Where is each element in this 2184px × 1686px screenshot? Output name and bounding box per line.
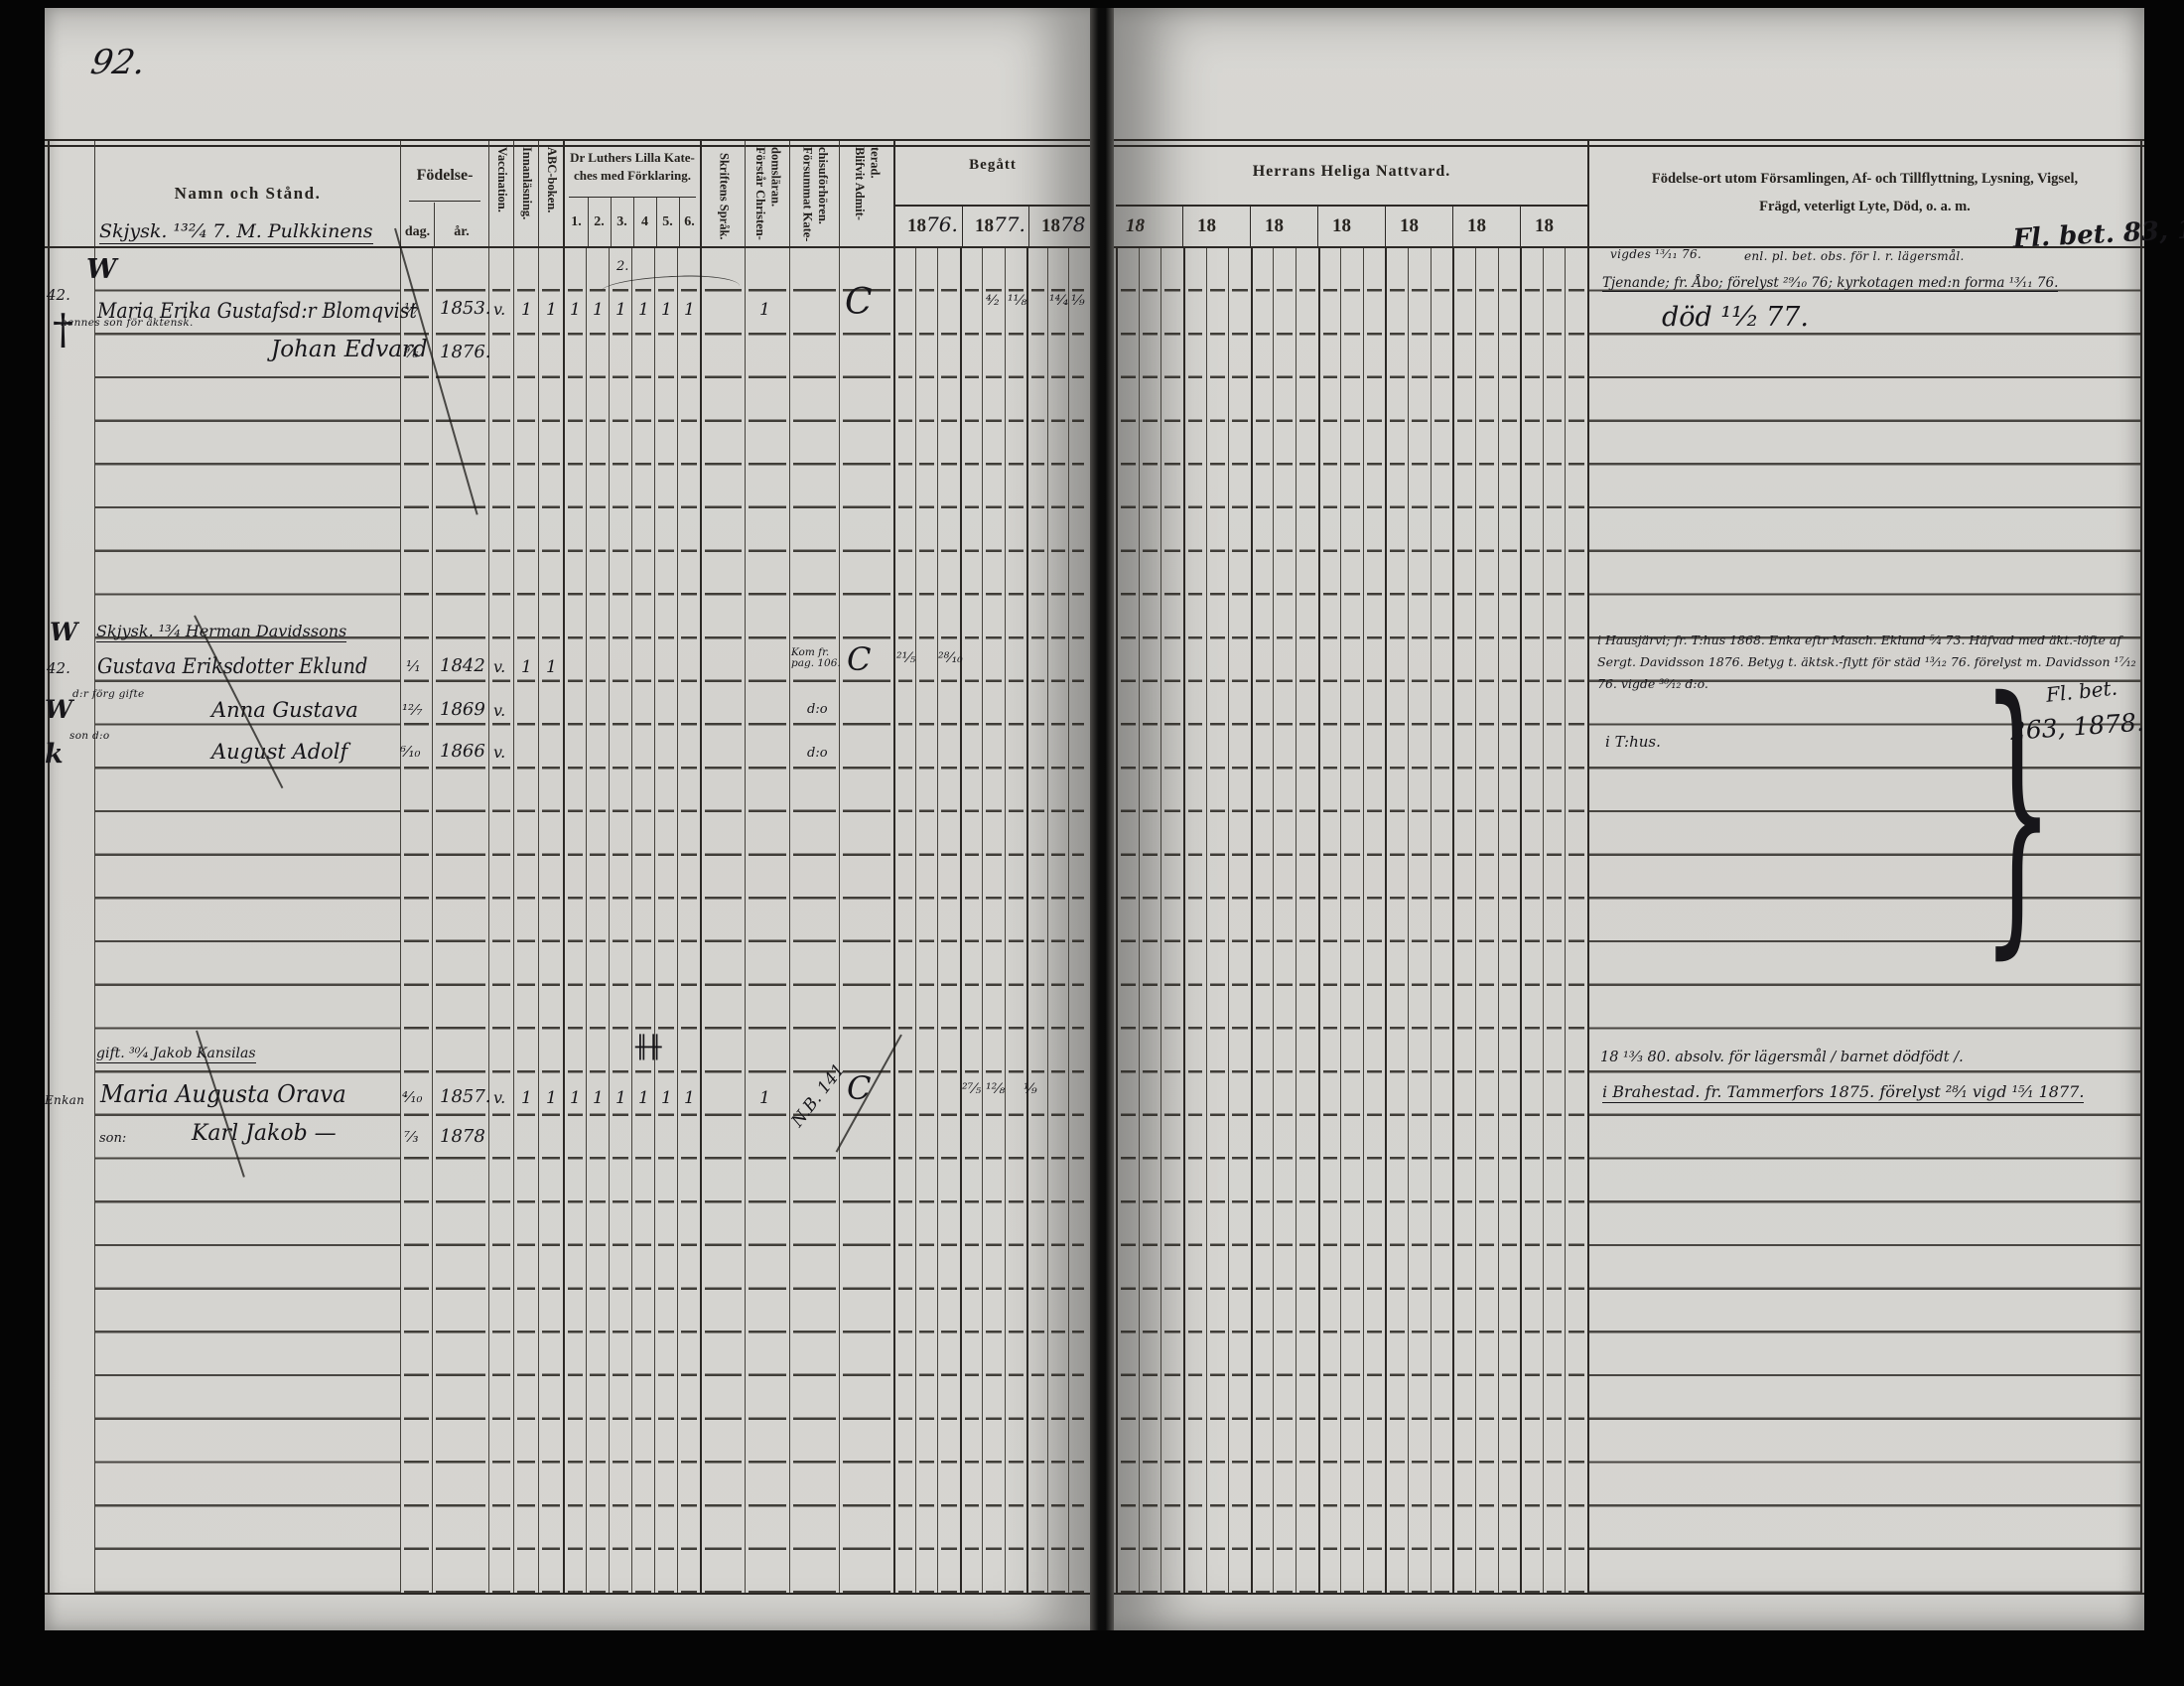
record2-son-vaccination: v. xyxy=(493,745,505,762)
y1877-sub1 xyxy=(960,248,982,1593)
r-sub-col xyxy=(1139,248,1161,1593)
record2-reading-mark: 1 xyxy=(521,659,532,677)
y1878-sub2 xyxy=(1047,248,1068,1593)
y1878-sub3 xyxy=(1068,248,1087,1593)
record2-daughter-birth-day: ¹²⁄₇ xyxy=(402,703,423,719)
record1-cat1-mark: 1 xyxy=(570,302,581,320)
record2-abc-mark: 1 xyxy=(546,659,557,677)
r-sub-col xyxy=(1385,248,1408,1593)
note1-marriage-date: vigdes ¹³⁄₁₁ 76. xyxy=(1610,248,1702,261)
record3-son-birth-day: ⁷⁄₃ xyxy=(404,1130,419,1146)
record2-son-name: August Adolf xyxy=(211,741,347,763)
record1-child-birth-year: 1876. xyxy=(440,344,491,362)
note2-brace: } xyxy=(1981,639,2054,984)
r-sub-col xyxy=(1318,248,1341,1593)
y1877-sub3 xyxy=(1005,248,1026,1593)
y1878-sub1 xyxy=(1026,248,1047,1593)
record3-son-name: Karl Jakob — xyxy=(192,1122,337,1145)
year-1878-header: 1878 xyxy=(1029,206,1090,246)
catechism-col-2: 2. xyxy=(594,214,605,229)
record1-communion-1877b: ¹¹⁄₈ xyxy=(1008,294,1026,309)
r-sub-col xyxy=(1431,248,1453,1593)
catechism-col-4: 4 xyxy=(641,214,648,229)
scanned-parish-register: { "page_number": "92.", "left_page": { "… xyxy=(0,0,2184,1686)
record3-birth-day: ⁴⁄₁₀ xyxy=(402,1090,423,1106)
year-1877-header: 1877. xyxy=(963,206,1029,246)
r-sub-col xyxy=(1408,248,1431,1593)
r-sub-col xyxy=(1251,248,1274,1593)
record2-daughter-birth-year: 1869 xyxy=(440,701,485,720)
record3-admitted-mark: C xyxy=(847,1072,871,1106)
record2-daughter-name: Anna Gustava xyxy=(211,699,358,721)
record1-reading-mark: 1 xyxy=(521,302,532,320)
record1-cat2-mark: 1 xyxy=(593,302,604,320)
year-subheader: år. xyxy=(454,224,469,246)
reading-column xyxy=(513,248,538,1593)
y1877-sub2 xyxy=(982,248,1005,1593)
record3-mark-8: 1 xyxy=(684,1090,695,1108)
record2-communion-1876b: ²⁸⁄₁₀ xyxy=(938,651,963,666)
r-sub-col xyxy=(1116,248,1139,1593)
record2-son-birth-year: 1866 xyxy=(440,743,485,762)
understands-column xyxy=(745,248,789,1593)
record3-communion-1877a: ²⁷⁄₅ xyxy=(962,1082,981,1097)
script-language-column xyxy=(700,248,745,1593)
record1-margin-w: W xyxy=(86,256,116,284)
r-year-6: 18 xyxy=(1453,215,1486,236)
catechism-col-1: 1. xyxy=(571,214,582,229)
vaccination-column xyxy=(488,248,513,1593)
right-table-header: Herrans Heliga Nattvard. 18 18 18 18 18 … xyxy=(1114,139,2144,248)
record1-communion-1878b: ¹⁄₉ xyxy=(1071,294,1085,309)
record2-birth-day: ¹⁄₁ xyxy=(406,659,421,675)
y1876-sub2 xyxy=(915,248,937,1593)
record1-cat4-mark: 1 xyxy=(638,302,649,320)
record3-name: Maria Augusta Orava xyxy=(100,1082,346,1107)
catechism-col-6: 6. xyxy=(684,214,695,229)
record2-son-note: son d:o xyxy=(69,731,110,742)
record3-understands-mark: 1 xyxy=(759,1090,770,1108)
r-sub-col xyxy=(1206,248,1229,1593)
record1-note2: 2. xyxy=(616,260,628,274)
record2-margin-w2: W xyxy=(45,697,72,723)
r-sub-col xyxy=(1296,248,1318,1593)
r-sub-col xyxy=(1363,248,1386,1593)
record3-vaccination-mark: v. xyxy=(493,1090,505,1107)
record3-mark-1: 1 xyxy=(521,1090,532,1108)
page-number: 92. xyxy=(88,46,148,81)
left-table-border xyxy=(48,139,50,1595)
record1-household-header: Skjysk. ¹³²⁄₄ 7. M. Pulkkinens xyxy=(99,222,373,244)
book-spine xyxy=(1090,8,1114,1630)
note1-penalty: enl. pl. bet. obs. för l. r. lägersmål. xyxy=(1744,250,1965,263)
record1-understands-mark: 1 xyxy=(759,302,770,320)
reading-column-header: Innanläsning. xyxy=(513,141,538,246)
record2-daughter-vaccination: v. xyxy=(493,703,505,720)
record2-son-birth-day: ⁶⁄₁₀ xyxy=(400,745,421,761)
record2-admitted-mark: C xyxy=(847,643,871,677)
left-table-grid xyxy=(45,248,1090,1595)
r-sub-col xyxy=(1520,248,1543,1593)
year-column xyxy=(432,248,488,1593)
admitted-column xyxy=(839,248,893,1593)
abc-book-column-header: ABC-boken. xyxy=(538,141,563,246)
catechism-col-3: 3. xyxy=(616,214,627,229)
r-sub-col xyxy=(1565,248,1587,1593)
record1-cat3-mark: 1 xyxy=(615,302,626,320)
vaccination-column-header: Vaccination. xyxy=(488,141,513,246)
record1-communion-1878a: ¹⁴⁄₄ xyxy=(1049,294,1068,309)
r-sub-col xyxy=(1228,248,1251,1593)
record2-communion-1876a: ²¹⁄₅ xyxy=(896,651,915,666)
neglected-column xyxy=(789,248,839,1593)
catechism-4-column xyxy=(631,248,654,1593)
r-sub-col xyxy=(1475,248,1498,1593)
record2-neglected-note: Kom fr. pag. 106. xyxy=(791,647,841,669)
r-sub-col xyxy=(1543,248,1566,1593)
right-page: Herrans Heliga Nattvard. 18 18 18 18 18 … xyxy=(1114,8,2144,1630)
r-year-3: 18 xyxy=(1251,215,1284,236)
record3-son-prefix: son: xyxy=(99,1132,126,1146)
record2-daughter-neglected: d:o xyxy=(807,703,828,717)
r-year-4: 18 xyxy=(1318,215,1351,236)
left-page: 92. Namn och Stånd. Födelse- dag. år. Va… xyxy=(45,8,1090,1630)
record1-cat6-mark: 1 xyxy=(684,302,695,320)
record3-mark-2: 1 xyxy=(546,1090,557,1108)
r-year-2: 18 xyxy=(1183,215,1216,236)
record3-mark-4: 1 xyxy=(593,1090,604,1108)
record1-child-birth-day: ⁹⁄₆ xyxy=(404,346,419,361)
y1876-sub1 xyxy=(893,248,915,1593)
day-column xyxy=(400,248,432,1593)
begatt-group-header: Begått 1876. 1877. 1878 xyxy=(893,141,1090,246)
record1-communion-1877a: ⁴⁄₂ xyxy=(986,294,1000,309)
record2-daughter-note: d:r förg gifte xyxy=(72,689,145,700)
record2-margin-k: k xyxy=(45,741,64,769)
record3-mark-7: 1 xyxy=(661,1090,672,1108)
record1-birth-year: 1853. xyxy=(440,300,491,319)
note1-death: död ¹¹⁄₂ 77. xyxy=(1662,304,1809,332)
r-year-1: 18 xyxy=(1116,215,1145,236)
record3-communion-1877c: ¹⁄₉ xyxy=(1024,1082,1037,1097)
admitted-column-header: Blifvit Admit- terad. xyxy=(839,141,893,246)
neglected-column-header: Försummat Kate- chisuförhören. xyxy=(789,141,839,246)
catechism-1-column xyxy=(563,248,586,1593)
record1-margin-number: 42. xyxy=(47,288,70,304)
catechism-col-5: 5. xyxy=(662,214,673,229)
catechism-3-column xyxy=(609,248,631,1593)
record1-cat5-mark: 1 xyxy=(661,302,672,320)
script-language-column-header: Skriftens Språk. xyxy=(700,141,745,246)
r-year-7: 18 xyxy=(1521,215,1554,236)
record3-birth-year: 1857. xyxy=(440,1088,491,1107)
r-sub-col xyxy=(1498,248,1521,1593)
record3-mark-5: 1 xyxy=(615,1090,626,1108)
remarks-column xyxy=(1587,248,2140,1593)
r-sub-col xyxy=(1340,248,1363,1593)
catechism-2-column xyxy=(586,248,609,1593)
record1-admitted-mark: C xyxy=(845,284,873,322)
record3-communion-1877b: ¹²⁄₈ xyxy=(986,1082,1005,1097)
record3-household-header: gift. ³⁰⁄₄ Jakob Kansilas xyxy=(96,1047,256,1063)
note3-origin: i Brahestad. fr. Tammerfors 1875. förely… xyxy=(1602,1084,2084,1103)
r-year-5: 18 xyxy=(1386,215,1419,236)
catechism-group-header: Dr Luthers Lilla Kate- ches med Förklari… xyxy=(563,141,700,246)
record2-son-neglected: d:o xyxy=(807,747,828,761)
record3-son-birth-year: 1878 xyxy=(440,1128,485,1147)
y1876-sub3 xyxy=(937,248,960,1593)
year-1876-header: 1876. xyxy=(895,206,963,246)
note3-absolution: 18 ¹³⁄₃ 80. absolv. för lägersmål / barn… xyxy=(1600,1051,1964,1065)
record1-vaccination-mark: v. xyxy=(493,302,505,319)
note2-residence: i T:hus. xyxy=(1605,735,1661,751)
record3-mark-6: 1 xyxy=(638,1090,649,1108)
r-sub-col xyxy=(1183,248,1206,1593)
birth-column-header: Födelse- dag. år. xyxy=(400,141,488,246)
record2-household-header: Skjysk. ¹³⁄₄ Herman Davidssons xyxy=(96,624,346,642)
note1-origin: Tjenande; fr. Åbo; förelyst ²⁹⁄₁₀ 76; ky… xyxy=(1602,276,2058,292)
nattvard-group-header: Herrans Heliga Nattvard. 18 18 18 18 18 … xyxy=(1116,141,1587,246)
right-table-border xyxy=(2140,139,2142,1595)
record1-abc-mark: 1 xyxy=(546,302,557,320)
record2-margin-number: 42. xyxy=(47,661,70,677)
r-sub-col xyxy=(1160,248,1183,1593)
record1-child-note: hennes son för äktensk. xyxy=(61,318,194,329)
abc-column xyxy=(538,248,563,1593)
record3-mark-3: 1 xyxy=(570,1090,581,1108)
r-sub-col xyxy=(1273,248,1296,1593)
record1-death-cross-icon: † xyxy=(53,308,73,351)
name-column xyxy=(94,248,400,1593)
record2-margin-w1: W xyxy=(50,620,77,645)
record2-name: Gustava Eriksdotter Eklund xyxy=(97,655,367,677)
catechism-5-column xyxy=(654,248,677,1593)
margin-column-header xyxy=(48,141,94,246)
record3-margin-widow: Enkan xyxy=(45,1094,84,1107)
record2-vaccination-mark: v. xyxy=(493,659,505,676)
record2-birth-year: 1842 xyxy=(440,657,485,676)
understands-column-header: Förstår Christen- domsläran. xyxy=(745,141,789,246)
record3-scribble-mark: ╫╫ xyxy=(635,1037,662,1059)
catechism-6-column xyxy=(677,248,700,1593)
r-sub-col xyxy=(1452,248,1475,1593)
day-subheader: dag. xyxy=(405,224,430,246)
